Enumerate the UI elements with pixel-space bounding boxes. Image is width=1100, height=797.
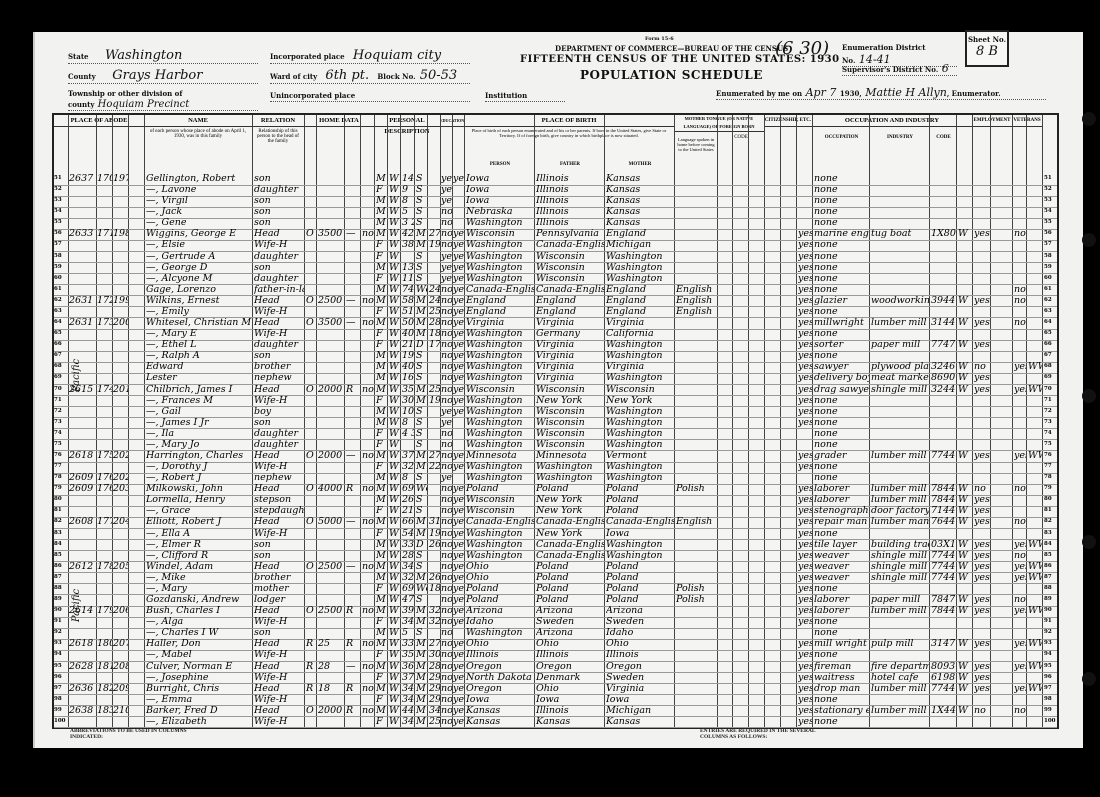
class-of-worker — [958, 284, 972, 295]
age-at-marriage — [429, 206, 440, 217]
line-number: 80 — [54, 494, 68, 505]
birthplace-mother: England — [606, 306, 674, 317]
sex: F — [376, 273, 387, 284]
class-of-worker — [958, 417, 972, 428]
line-number: 83 — [54, 528, 68, 539]
mother-tongue — [676, 372, 717, 383]
birthplace-father: Illinois — [536, 173, 604, 184]
race: W — [389, 649, 400, 660]
race: W — [389, 195, 400, 206]
person-name: Whitesel, Christian M — [146, 317, 252, 328]
sex: M — [376, 594, 387, 605]
occupation: none — [814, 716, 869, 727]
group-occupation: OCCUPATION AND INDUSTRY — [812, 115, 973, 127]
can-read — [453, 428, 464, 439]
relation: brother — [254, 572, 304, 583]
birthplace-person: Washington — [466, 339, 534, 350]
radio-set — [346, 306, 360, 317]
marital-status: M — [416, 638, 427, 649]
war — [1028, 705, 1042, 716]
can-read: yes — [453, 661, 464, 672]
line-number: 51 — [54, 173, 68, 184]
form-number: Form 15-6 — [645, 36, 674, 42]
occupation-code: 7744 — [931, 450, 956, 461]
class-of-worker: W — [958, 572, 972, 583]
occupation-code — [931, 461, 956, 472]
employed: yes — [974, 295, 990, 306]
sex: F — [376, 306, 387, 317]
war — [1028, 406, 1042, 417]
veteran — [1014, 184, 1026, 195]
dwelling-number — [69, 262, 96, 273]
able-to-speak-english: yes — [798, 516, 812, 527]
visitation-number: 203 — [113, 483, 128, 494]
visitation-number — [113, 372, 128, 383]
mother-header: MOTHER — [606, 162, 674, 167]
sex: M — [376, 627, 387, 638]
person-name: —, Gail — [146, 406, 252, 417]
can-read: yes — [453, 262, 464, 273]
birthplace-father: Virginia — [536, 317, 604, 328]
able-to-speak-english: yes — [798, 694, 812, 705]
school: yes — [441, 417, 452, 428]
line-number: 77 — [54, 461, 68, 472]
able-to-speak-english: yes — [798, 361, 812, 372]
home-tenure — [306, 550, 316, 561]
marital-status: S — [416, 273, 427, 284]
marital-status: S — [416, 594, 427, 605]
line-number: 69 — [54, 372, 68, 383]
person-name: Elliott, Robert J — [146, 516, 252, 527]
line-number: 78 — [54, 472, 68, 483]
person-name: —, Dorothy J — [146, 461, 252, 472]
occupation: laborer — [814, 605, 869, 616]
home-tenure — [306, 572, 316, 583]
farm — [362, 672, 374, 683]
birthplace-mother: Washington — [606, 350, 674, 361]
race: W — [389, 616, 400, 627]
able-to-speak-english: yes — [798, 605, 812, 616]
war — [1028, 439, 1042, 450]
home-tenure — [306, 472, 316, 483]
industry: lumber mill — [871, 317, 929, 328]
birthplace-father: Poland — [536, 561, 604, 572]
can-read: yes — [453, 461, 464, 472]
war — [1028, 306, 1042, 317]
class-of-worker: W — [958, 638, 972, 649]
can-read: yes — [453, 284, 464, 295]
occ-code-header: CODE — [931, 135, 956, 140]
birthplace-person: Illinois — [466, 649, 534, 660]
mother-tongue — [676, 361, 717, 372]
war — [1028, 239, 1042, 250]
mother-tongue — [676, 328, 717, 339]
sd-field: Supervisor's District No. 6 — [842, 62, 957, 76]
line-number-right: 99 — [1044, 705, 1057, 716]
school: no — [441, 638, 452, 649]
visitation-number — [113, 195, 128, 206]
person-name: —, Ella A — [146, 528, 252, 539]
school: no — [441, 450, 452, 461]
employed — [974, 206, 990, 217]
able-to-speak-english: yes — [798, 572, 812, 583]
dwelling-number — [69, 461, 96, 472]
dwelling-number: 2618 — [69, 638, 96, 649]
war — [1028, 494, 1042, 505]
industry — [871, 239, 929, 250]
line-number: 97 — [54, 683, 68, 694]
employed: yes — [974, 516, 990, 527]
farm — [362, 173, 374, 184]
industry — [871, 649, 929, 660]
visitation-number: 204 — [113, 516, 128, 527]
line-number-right: 52 — [1044, 184, 1057, 195]
farm: no — [362, 384, 374, 395]
home-tenure: O — [306, 516, 316, 527]
able-to-speak-english: yes — [798, 583, 812, 594]
birthplace-person: Iowa — [466, 173, 534, 184]
school: no — [441, 372, 452, 383]
school: no — [441, 384, 452, 395]
birthplace-mother: Oregon — [606, 661, 674, 672]
age-at-marriage: 27 — [429, 450, 440, 461]
family-number: 174 — [97, 384, 112, 395]
line-number: 92 — [54, 627, 68, 638]
able-to-speak-english: yes — [798, 450, 812, 461]
birthplace-father: Poland — [536, 583, 604, 594]
class-of-worker: W — [958, 605, 972, 616]
birthplace-father: Poland — [536, 572, 604, 583]
age-at-marriage: 29 — [429, 694, 440, 705]
race: W — [389, 228, 400, 239]
school: no — [441, 516, 452, 527]
farm — [362, 461, 374, 472]
home-tenure — [306, 284, 316, 295]
age-at-marriage: 27 — [429, 228, 440, 239]
occupation-code — [931, 627, 956, 638]
age: 35 — [402, 649, 414, 660]
school: no — [441, 505, 452, 516]
farm: no — [362, 228, 374, 239]
sex: F — [376, 649, 387, 660]
marital-status: S — [416, 361, 427, 372]
line-number: 74 — [54, 428, 68, 439]
school: no — [441, 317, 452, 328]
class-of-worker — [958, 694, 972, 705]
can-read — [453, 217, 464, 228]
person-name: —, Frances M — [146, 395, 252, 406]
employed: yes — [974, 572, 990, 583]
employed — [974, 328, 990, 339]
birthplace-person: Washington — [466, 472, 534, 483]
sex: F — [376, 616, 387, 627]
able-to-speak-english: yes — [798, 384, 812, 395]
sex: F — [376, 672, 387, 683]
occupation: none — [814, 195, 869, 206]
sex: M — [376, 550, 387, 561]
birthplace-father: Denmark — [536, 672, 604, 683]
institution-label: Institution — [485, 91, 527, 100]
race: W — [389, 217, 400, 228]
visitation-number: 209 — [113, 683, 128, 694]
war: WW — [1028, 661, 1042, 672]
home-value: 2500 — [318, 561, 344, 572]
occupation: mill wright — [814, 638, 869, 649]
radio-set — [346, 539, 360, 550]
school: no — [441, 295, 452, 306]
line-number: 90 — [54, 605, 68, 616]
war: WW — [1028, 605, 1042, 616]
age: 51 — [402, 306, 414, 317]
sex: M — [376, 605, 387, 616]
birthplace-person: North Dakota — [466, 672, 534, 683]
name-column-note: of each person whose place of abode on A… — [146, 129, 250, 139]
age-at-marriage — [429, 627, 440, 638]
birthplace-father: Wisconsin — [536, 384, 604, 395]
visitation-number — [113, 694, 128, 705]
marital-status: M — [416, 384, 427, 395]
occupation: weaver — [814, 550, 869, 561]
veteran: yes — [1014, 361, 1026, 372]
sex: M — [376, 295, 387, 306]
mother-tongue — [676, 694, 717, 705]
industry: tug boat — [871, 228, 929, 239]
relation: daughter — [254, 339, 304, 350]
family-number — [97, 494, 112, 505]
birthplace-father: England — [536, 295, 604, 306]
race: W — [389, 184, 400, 195]
birthplace-mother: Idaho — [606, 627, 674, 638]
age-at-marriage — [429, 262, 440, 273]
occupation: none — [814, 417, 869, 428]
relation: nephew — [254, 472, 304, 483]
marital-status: M — [416, 683, 427, 694]
occupation-code — [931, 262, 956, 273]
incorporated-label: Incorporated place — [270, 52, 345, 61]
industry: building trades — [871, 539, 929, 550]
age-at-marriage: 17 — [429, 339, 440, 350]
age-at-marriage: 19 — [429, 528, 440, 539]
occupation: none — [814, 461, 869, 472]
marital-status: M — [416, 450, 427, 461]
sex: M — [376, 472, 387, 483]
occupation: none — [814, 273, 869, 284]
line-number-right: 67 — [1044, 350, 1057, 361]
home-value — [318, 239, 344, 250]
mother-tongue — [676, 616, 717, 627]
dwelling-number — [69, 184, 96, 195]
line-number-right: 90 — [1044, 605, 1057, 616]
visitation-number — [113, 594, 128, 605]
can-read — [453, 184, 464, 195]
line-number-right: 69 — [1044, 372, 1057, 383]
family-number: 180 — [97, 638, 112, 649]
relation: Wife-H — [254, 528, 304, 539]
veteran — [1014, 217, 1026, 228]
farm — [362, 539, 374, 550]
birthplace-mother: Canada-English — [606, 516, 674, 527]
age-at-marriage — [429, 594, 440, 605]
school: no — [441, 572, 452, 583]
mother-tongue — [676, 417, 717, 428]
school: no — [441, 228, 452, 239]
birthplace-mother: Sweden — [606, 672, 674, 683]
birthplace-person: Washington — [466, 361, 534, 372]
line-number: 53 — [54, 195, 68, 206]
radio-set — [346, 572, 360, 583]
relation: son — [254, 262, 304, 273]
sex: M — [376, 705, 387, 716]
radio-set — [346, 528, 360, 539]
marital-status: S — [416, 262, 427, 273]
home-tenure — [306, 539, 316, 550]
industry — [871, 217, 929, 228]
birthplace-mother: Kansas — [606, 195, 674, 206]
visitation-number: 197 — [113, 173, 128, 184]
relation: Head — [254, 705, 304, 716]
farm: no — [362, 705, 374, 716]
person-name: —, George D — [146, 262, 252, 273]
war — [1028, 228, 1042, 239]
veteran — [1014, 494, 1026, 505]
employed: no — [974, 483, 990, 494]
race: W — [389, 395, 400, 406]
can-read: yes — [453, 616, 464, 627]
radio-set — [346, 417, 360, 428]
family-number — [97, 372, 112, 383]
birthplace-person: Canada-English — [466, 284, 534, 295]
radio-set: R — [346, 605, 360, 616]
able-to-speak-english: yes — [798, 594, 812, 605]
home-value — [318, 173, 344, 184]
war: WW — [1028, 539, 1042, 550]
birthplace-mother: Washington — [606, 417, 674, 428]
employed: yes — [974, 661, 990, 672]
birthplace-mother: Washington — [606, 262, 674, 273]
occupation-code: 7744 — [931, 561, 956, 572]
employed: yes — [974, 317, 990, 328]
age-at-marriage — [429, 505, 440, 516]
line-number: 70 — [54, 384, 68, 395]
occupation-code: 7644 — [931, 516, 956, 527]
family-number — [97, 217, 112, 228]
home-tenure — [306, 262, 316, 273]
birthplace-person: Washington — [466, 528, 534, 539]
veteran: yes — [1014, 384, 1026, 395]
line-number: 82 — [54, 516, 68, 527]
birthplace-father: Virginia — [536, 350, 604, 361]
occupation: weaver — [814, 561, 869, 572]
occupation: none — [814, 406, 869, 417]
birthplace-person: Washington — [466, 239, 534, 250]
race: W — [389, 251, 400, 262]
veteran: yes — [1014, 539, 1026, 550]
birthplace-person: England — [466, 306, 534, 317]
can-read: yes — [453, 494, 464, 505]
age: 8 — [402, 195, 414, 206]
school: no — [441, 672, 452, 683]
home-value — [318, 406, 344, 417]
line-number-right: 64 — [1044, 317, 1057, 328]
person-name: —, Ralph A — [146, 350, 252, 361]
employed — [974, 184, 990, 195]
birthplace-father: Wisconsin — [536, 417, 604, 428]
occupation-code — [931, 395, 956, 406]
occupation: none — [814, 583, 869, 594]
farm — [362, 439, 374, 450]
relation: Wife-H — [254, 672, 304, 683]
home-value — [318, 328, 344, 339]
relation: Head — [254, 516, 304, 527]
line-number-right: 97 — [1044, 683, 1057, 694]
age-at-marriage: 25 — [429, 306, 440, 317]
visitation-number — [113, 239, 128, 250]
visitation-number: 201 — [113, 384, 128, 395]
birthplace-father: Arizona — [536, 627, 604, 638]
age: 8 — [402, 417, 414, 428]
group-relation: RELATION — [252, 115, 305, 127]
group-citizenship: CITIZENSHIP, ETC. — [764, 115, 813, 127]
visitation-number — [113, 627, 128, 638]
sex: M — [376, 539, 387, 550]
birthplace-mother: Iowa — [606, 528, 674, 539]
race: W — [389, 483, 400, 494]
visitation-number — [113, 251, 128, 262]
class-of-worker — [958, 184, 972, 195]
home-tenure — [306, 583, 316, 594]
age-at-marriage — [429, 439, 440, 450]
class-of-worker — [958, 406, 972, 417]
birthplace-father: Germany — [536, 328, 604, 339]
veteran — [1014, 428, 1026, 439]
marital-status: M — [416, 306, 427, 317]
occupation-code: 3246 — [931, 361, 956, 372]
family-number: 172 — [97, 295, 112, 306]
home-value — [318, 306, 344, 317]
can-read: yes — [453, 583, 464, 594]
birthplace-father: Iowa — [536, 694, 604, 705]
sex: M — [376, 262, 387, 273]
visitation-number — [113, 262, 128, 273]
class-of-worker — [958, 350, 972, 361]
home-value — [318, 273, 344, 284]
birthplace-father: Illinois — [536, 217, 604, 228]
birthplace-father: New York — [536, 395, 604, 406]
state-label: State — [68, 52, 89, 61]
able-to-speak-english: yes — [798, 417, 812, 428]
home-value — [318, 550, 344, 561]
war — [1028, 295, 1042, 306]
line-number-right: 70 — [1044, 384, 1057, 395]
veteran: yes — [1014, 605, 1026, 616]
can-read: yes — [453, 251, 464, 262]
birthplace-mother: Poland — [606, 483, 674, 494]
schedule-title: POPULATION SCHEDULE — [580, 68, 763, 82]
age: 3 2/12 — [402, 217, 414, 228]
dwelling-number — [69, 494, 96, 505]
school: no — [441, 328, 452, 339]
occupation-code — [931, 716, 956, 727]
age-at-marriage — [429, 350, 440, 361]
race: W — [389, 406, 400, 417]
industry: plywood plant — [871, 361, 929, 372]
home-tenure — [306, 173, 316, 184]
war — [1028, 173, 1042, 184]
farm — [362, 262, 374, 273]
group-veterans: VETERANS — [1012, 115, 1043, 127]
occupation: none — [814, 173, 869, 184]
age: 21 — [402, 339, 414, 350]
